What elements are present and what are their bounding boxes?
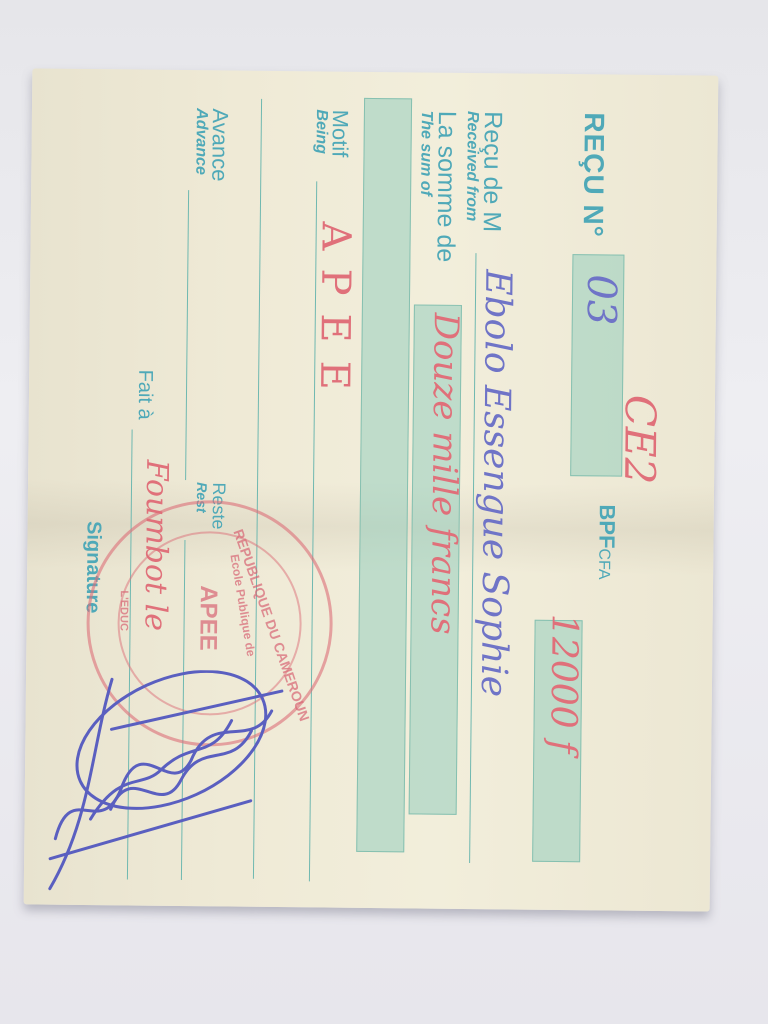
received-from-value: Ebolo Essengue Sophie (473, 269, 518, 697)
sum-of-label: La somme de The sum of (415, 110, 460, 262)
receipt-form: REÇU N° 03 CE2 BPFCFA 12000 f Reçu de M … (24, 68, 719, 911)
done-at-label: Fait à (134, 370, 156, 420)
stamp-center-text: APEE (193, 585, 222, 651)
received-from-label: Reçu de M Received from (462, 111, 506, 232)
receipt-number-value: 03 (578, 274, 625, 325)
handwritten-signature (30, 668, 292, 901)
receipt-title: REÇU N° (577, 112, 610, 238)
advance-line (185, 190, 189, 480)
currency-label: BPFCFA (593, 504, 620, 579)
sum-of-value: Douze mille francs (422, 313, 465, 635)
amount-figures-value: 12000 f (542, 614, 584, 754)
amount-words-box-2 (356, 98, 412, 852)
stamp-bottom-text: L'EDUC (118, 590, 130, 631)
receipt-paper: REÇU N° 03 CE2 BPFCFA 12000 f Reçu de M … (24, 68, 719, 911)
being-value: APEE (311, 221, 359, 408)
stamp-inner-text: Ecole Publique de (227, 553, 258, 657)
class-annotation: CE2 (615, 395, 665, 485)
advance-label: Avance Advance (191, 108, 232, 181)
being-label: Motif Being (312, 109, 352, 157)
